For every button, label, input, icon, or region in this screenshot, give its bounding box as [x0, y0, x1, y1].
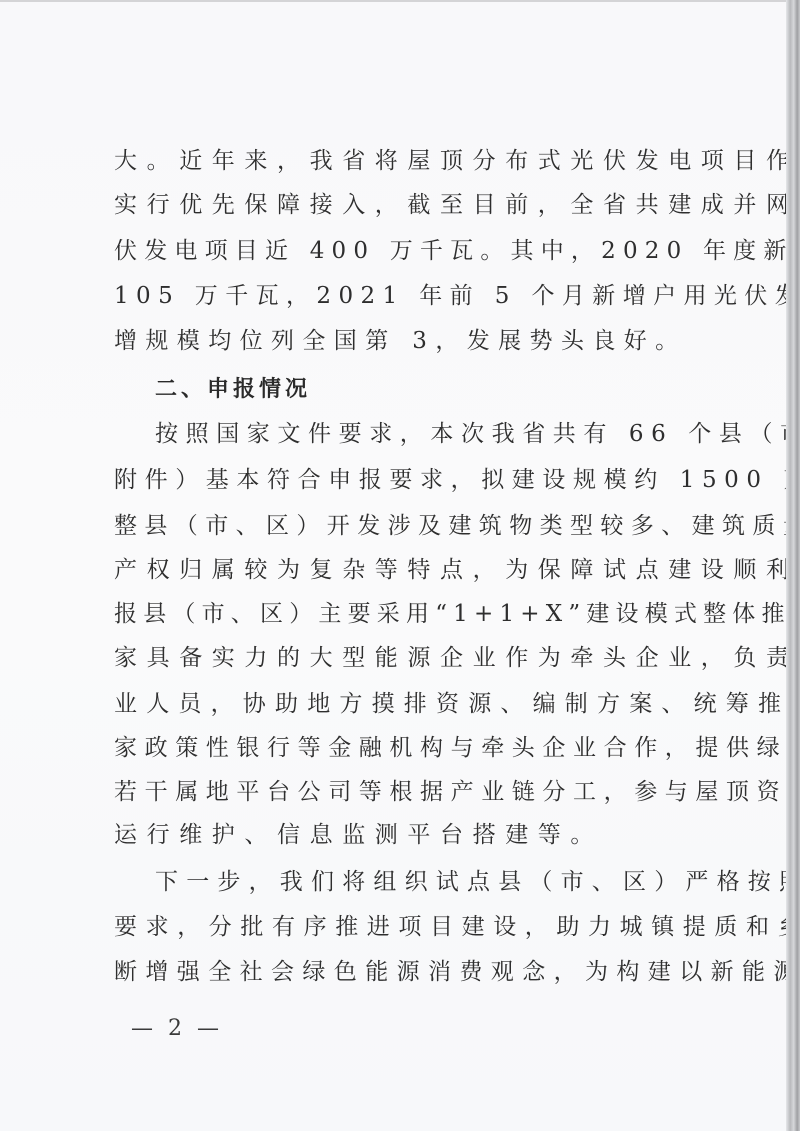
paragraph-3-line-1: 下一步，我们将组织试点县（市、区）严格按照国家文件 — [155, 865, 700, 899]
paragraph-1-line-2: 实行优先保障接入，截至目前，全省共建成并网屋顶分布式光 — [114, 188, 699, 222]
paragraph-2-line-8: 家政策性银行等金融机构与牵头企业合作，提供绿色信贷支持； — [114, 731, 699, 765]
paragraph-3-line-3: 断增强全社会绿色能源消费观念，为构建以新能源为主体的新 — [114, 955, 699, 989]
paragraph-2-line-7: 业人员，协助地方摸排资源、编制方案、统筹推进项目建设；1 — [114, 687, 699, 721]
paragraph-1-line-1: 大。近年来，我省将屋顶分布式光伏发电项目作为发展重点， — [114, 144, 699, 178]
paragraph-2-line-9: 若干属地平台公司等根据产业链分工，参与屋顶资源协调落实、 — [114, 775, 699, 809]
paragraph-2-line-5: 报县（市、区）主要采用“1+1+X”建设模式整体推进。即：由 1 — [114, 597, 699, 631]
paragraph-2-line-2: 附件）基本符合申报要求，拟建设规模约 1500 万千瓦。考虑到 — [114, 463, 699, 497]
page-number: — 2 — — [131, 1014, 223, 1044]
section-heading: 二、申报情况 — [155, 373, 311, 407]
page-edge-shadow — [786, 0, 800, 1131]
document-page: 大。近年来，我省将屋顶分布式光伏发电项目作为发展重点， 实行优先保障接入，截至目… — [0, 0, 786, 1131]
paragraph-2-line-1: 按照国家文件要求，本次我省共有 66 个县（市、区）（见 — [155, 417, 700, 451]
paragraph-3-line-2: 要求，分批有序推进项目建设，助力城镇提质和乡村振兴，不 — [114, 910, 699, 944]
paragraph-2-line-4: 产权归属较为复杂等特点，为保障试点建设顺利开展，试点申 — [114, 553, 699, 587]
paragraph-1-line-4: 105 万千瓦，2021 年前 5 个月新增户用光伏发电 64 万千瓦，新 — [114, 279, 699, 313]
paragraph-1-line-3: 伏发电项目近 400 万千瓦。其中，2020 年度新增户用光伏发电 — [114, 234, 699, 268]
paragraph-1-line-5: 增规模均位列全国第 3，发展势头良好。 — [114, 324, 699, 358]
paragraph-2-line-6: 家具备实力的大型能源企业作为牵头企业，负责提供资金、专 — [114, 641, 699, 675]
paragraph-2-line-10: 运行维护、信息监测平台搭建等。 — [114, 818, 699, 852]
paragraph-2-line-3: 整县（市、区）开发涉及建筑物类型较多、建筑质量参差不齐、 — [114, 509, 699, 543]
